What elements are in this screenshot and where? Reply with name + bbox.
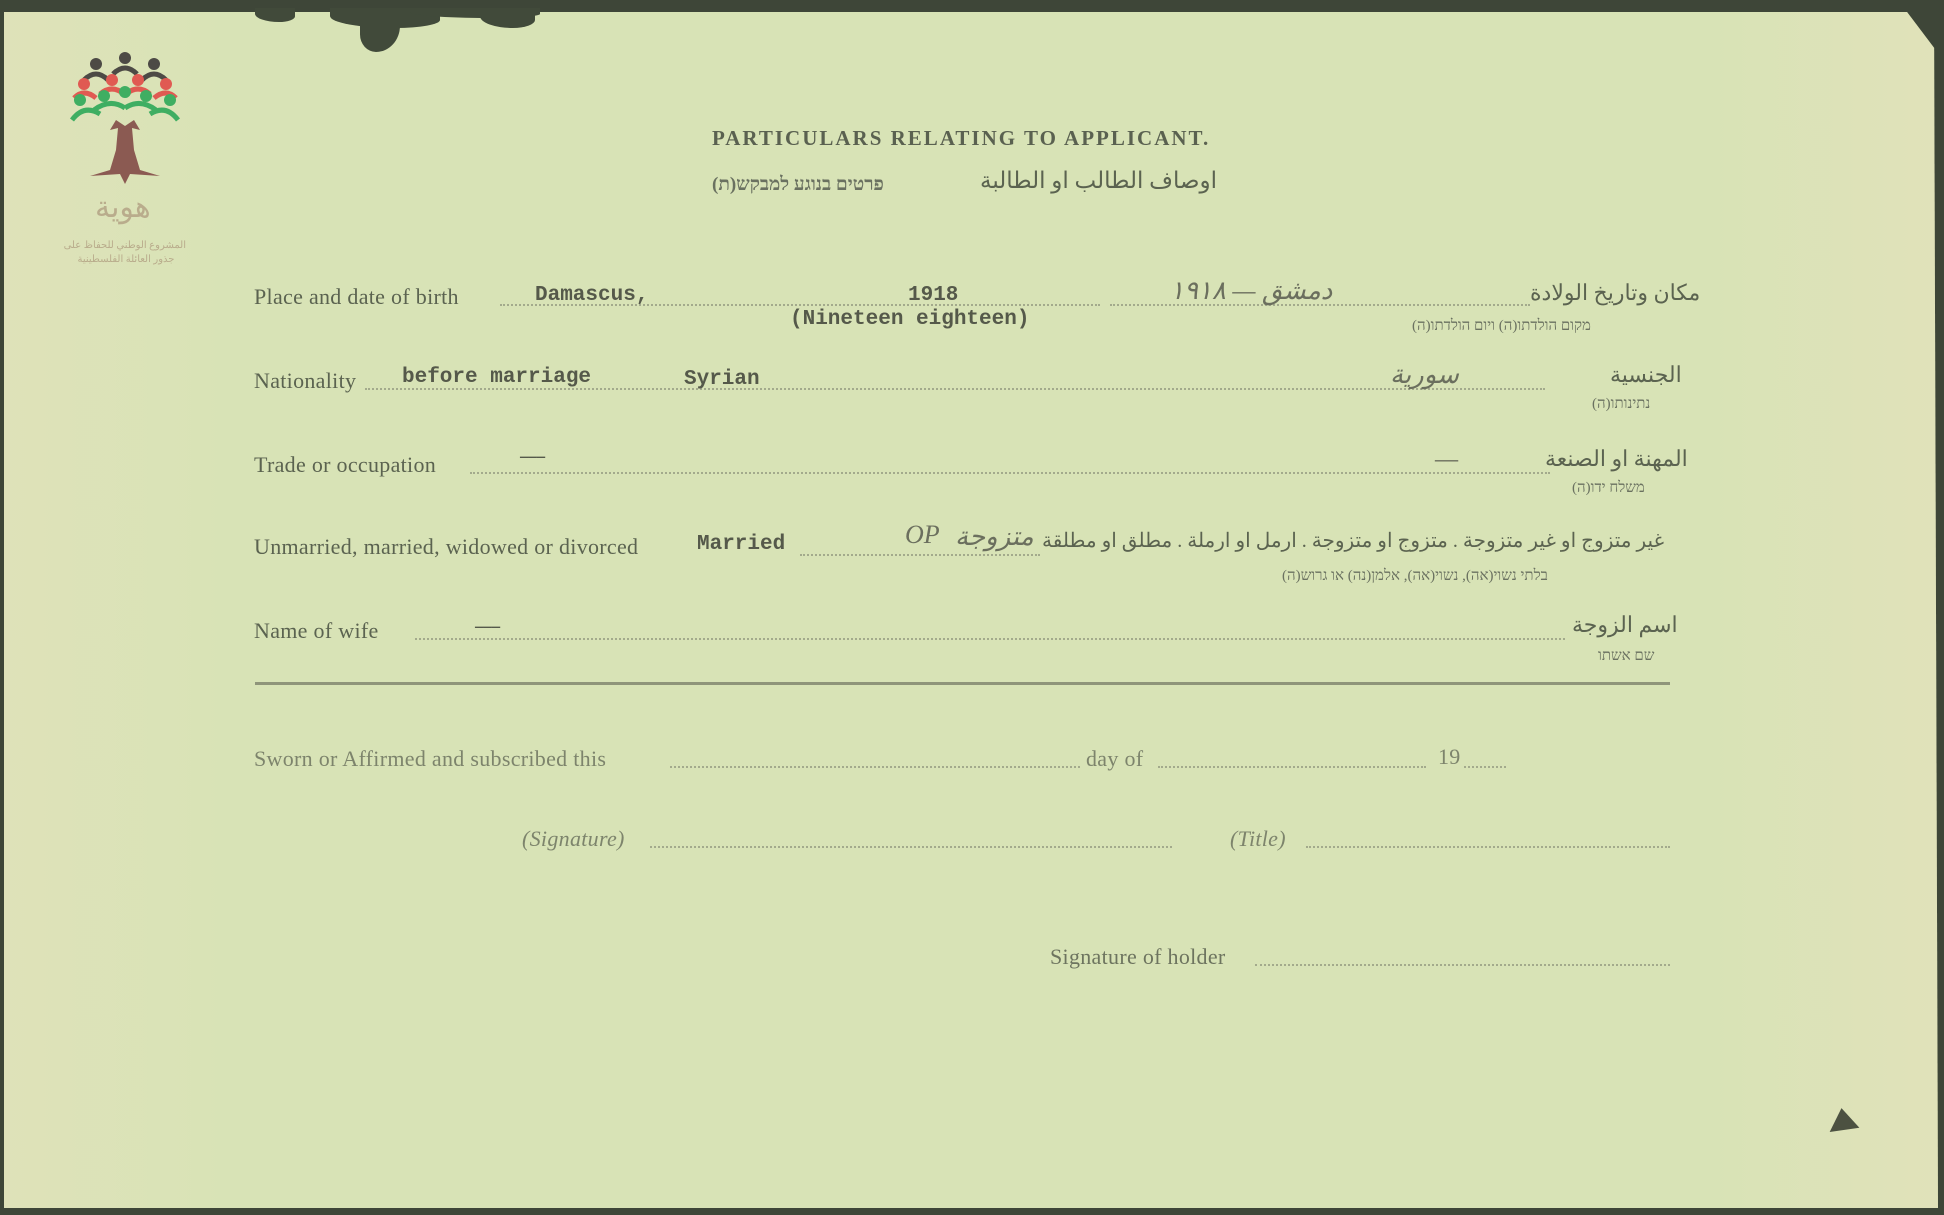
marital-label: Unmarried, married, widowed or divorced xyxy=(254,534,638,560)
occupation-dotted-line xyxy=(470,472,1550,474)
marital-handwritten-ar[interactable]: متزوجة xyxy=(955,522,1034,552)
nationality-label: Nationality xyxy=(254,368,356,394)
nationality-label-he: נתינותו(ה) xyxy=(1592,396,1650,413)
occupation-label: Trade or occupation xyxy=(254,452,436,478)
wife-label-ar: اسم الزوجة xyxy=(1572,612,1678,638)
occupation-label-he: משלח ידו(ה) xyxy=(1572,480,1645,497)
title-label: (Title) xyxy=(1230,826,1286,852)
occupation-handwritten-ar[interactable]: — xyxy=(1435,444,1458,474)
wife-label-he: שם אשתו xyxy=(1598,648,1654,665)
form-heading-arabic: اوصاف الطالب او الطالبة xyxy=(980,168,1217,194)
sworn-label: Sworn or Affirmed and subscribed this xyxy=(254,746,606,772)
hawiya-logo: هوية المشروع الوطني للحفاظ على جذور العا… xyxy=(70,50,180,195)
signature-label: (Signature) xyxy=(522,826,625,852)
nationality-note[interactable]: before marriage xyxy=(402,366,591,389)
year-dotted-line[interactable] xyxy=(1464,766,1506,768)
section-divider xyxy=(255,682,1670,685)
nationality-handwritten-ar[interactable]: سورية xyxy=(1390,360,1459,390)
form-heading-hebrew: פרטים בנוגע למבקש(ת) xyxy=(712,174,884,196)
birth-year-value[interactable]: 1918 xyxy=(908,284,958,307)
marital-label-ar: غير متزوج او غير متزوجة . متزوج او متزوج… xyxy=(1042,528,1664,553)
birth-label-ar: مكان وتاريخ الولادة xyxy=(1530,280,1700,306)
occupation-label-ar: المهنة او الصنعة xyxy=(1545,446,1688,472)
wife-dotted-line xyxy=(415,638,1565,640)
occupation-value[interactable]: ——— xyxy=(520,450,545,466)
birth-place-value[interactable]: Damascus, xyxy=(535,284,648,307)
marital-value[interactable]: Married xyxy=(697,533,785,556)
title-dotted-line[interactable] xyxy=(1306,846,1670,848)
marital-handwritten-note[interactable]: OP xyxy=(905,520,940,550)
nationality-value[interactable]: Syrian xyxy=(684,368,760,391)
logo-name: هوية xyxy=(95,190,151,225)
nationality-label-ar: الجنسية xyxy=(1610,362,1682,388)
ink-mark xyxy=(1827,1106,1860,1132)
document-paper xyxy=(4,12,1938,1208)
birth-year-words[interactable]: (Nineteen eighteen) xyxy=(790,308,1029,331)
signature-dotted-line[interactable] xyxy=(650,846,1172,848)
birth-label: Place and date of birth xyxy=(254,284,459,310)
birth-handwritten-ar[interactable]: دمشق — ١٩١٨ xyxy=(1170,276,1332,306)
wife-label: Name of wife xyxy=(254,618,379,644)
birth-label-he: מקום הולדתו(ה) ויום הולדתו(ה) xyxy=(1412,318,1591,335)
holder-signature-label: Signature of holder xyxy=(1050,944,1226,970)
wife-value[interactable]: ——— xyxy=(475,620,500,636)
marital-label-he: בלתי נשוי(אה), נשוי(אה), אלמן(נה) או גרו… xyxy=(1282,568,1548,585)
marital-dotted-line xyxy=(800,554,1040,556)
logo-tagline-2: جذور العائلة الفلسطينية xyxy=(66,254,186,265)
form-heading: PARTICULARS RELATING TO APPLICANT. xyxy=(712,126,1210,151)
year-prefix: 19 xyxy=(1438,744,1461,770)
day-of-label: day of xyxy=(1086,746,1143,772)
family-tree-icon xyxy=(70,50,180,190)
sworn-day-dotted-line[interactable] xyxy=(670,766,1080,768)
logo-tagline-1: المشروع الوطني للحفاظ على xyxy=(66,240,186,251)
holder-signature-dotted-line[interactable] xyxy=(1255,964,1670,966)
month-dotted-line[interactable] xyxy=(1158,766,1426,768)
